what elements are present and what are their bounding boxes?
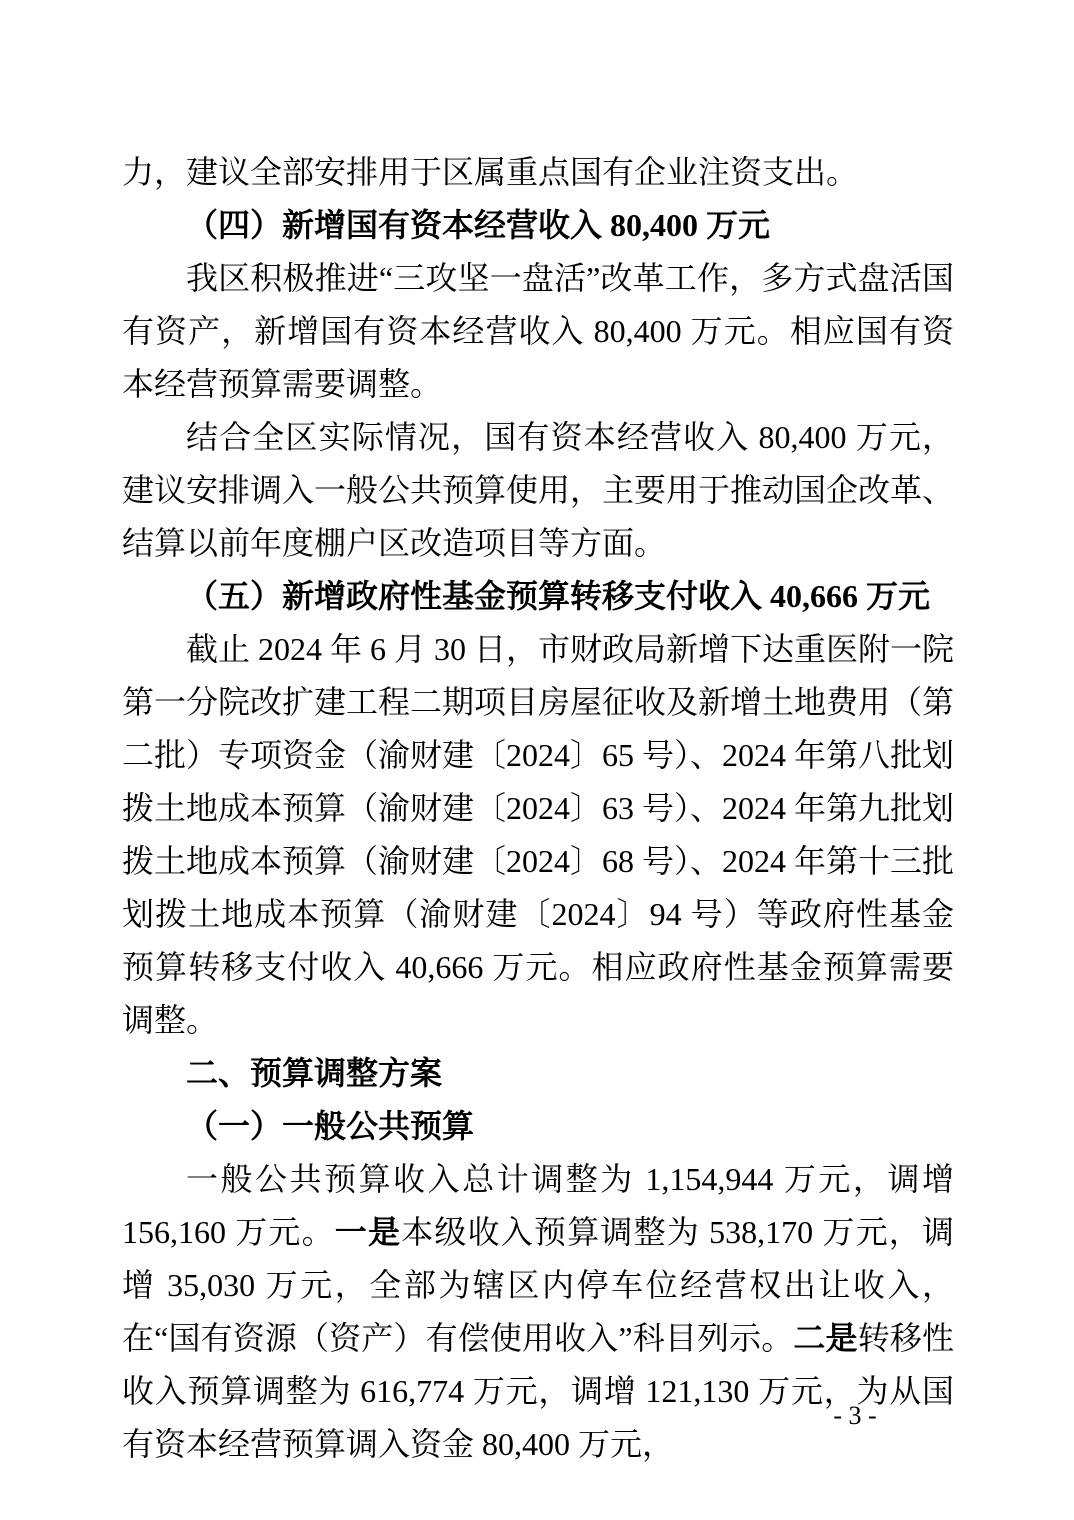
paragraph-state-capital-income: 我区积极推进“三攻坚一盘活”改革工作，多方式盘活国有资产，新增国有资本经营收入 … [122, 252, 954, 411]
heading-subsection-one-general-public-budget: （一）一般公共预算 [122, 1100, 954, 1153]
emphasis-run-second: 二是 [793, 1320, 857, 1356]
heading-part-two-budget-adjustment-plan: 二、预算调整方案 [122, 1047, 954, 1100]
emphasis-run-first: 一是 [335, 1214, 401, 1250]
heading-section-five: （五）新增政府性基金预算转移支付收入 40,666 万元 [122, 570, 954, 623]
paragraph-transfer-to-general-budget: 结合全区实际情况，国有资本经营收入 80,400 万元，建议安排调入一般公共预算… [122, 411, 954, 570]
document-page: 力，建议全部安排用于区属重点国有企业注资支出。 （四）新增国有资本经营收入 80… [0, 0, 1074, 1520]
paragraph-continuation: 力，建议全部安排用于区属重点国有企业注资支出。 [122, 146, 954, 199]
paragraph-government-fund-transfers: 截止 2024 年 6 月 30 日，市财政局新增下达重医附一院第一分院改扩建工… [122, 623, 954, 1047]
document-body: 力，建议全部安排用于区属重点国有企业注资支出。 （四）新增国有资本经营收入 80… [122, 146, 954, 1471]
heading-section-four: （四）新增国有资本经营收入 80,400 万元 [122, 199, 954, 252]
page-number: - 3 - [795, 1400, 915, 1432]
